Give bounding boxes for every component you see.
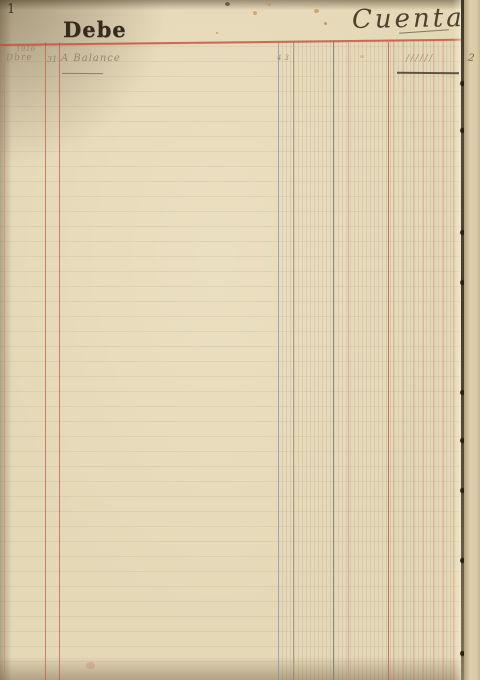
ruled-vertical-line xyxy=(4,42,5,680)
debit-column-title: Debe xyxy=(63,17,127,42)
foxing-spot xyxy=(360,55,364,58)
foxing-spot xyxy=(225,2,230,6)
foxing-spot xyxy=(216,32,218,34)
ruled-vertical-line xyxy=(388,42,389,680)
ruled-vertical-line xyxy=(278,42,279,680)
foxing-spot xyxy=(268,3,271,6)
foxing-spot xyxy=(324,22,327,25)
entry-description: A Balance xyxy=(61,53,121,64)
amount-sum-rule xyxy=(397,72,459,74)
ruled-vertical-line xyxy=(59,42,60,680)
entry-description-underline xyxy=(62,72,103,73)
entry-day: 31 xyxy=(47,55,57,64)
ruled-vertical-line xyxy=(333,42,334,680)
foxing-spot xyxy=(314,9,319,13)
entry-amount-ditto-marks: ////// xyxy=(406,54,434,64)
entry-folio-reference: 43 xyxy=(277,54,292,62)
ledger-page-scan: 1 Debe Cuenta 1916 Dbre 31 A Balance 43 … xyxy=(0,0,480,680)
cents-subcolumn-grid xyxy=(393,40,454,680)
ruled-vertical-line xyxy=(293,42,294,680)
facing-page-sliver xyxy=(464,0,480,680)
amount-column-pinstripes xyxy=(278,40,456,680)
horizontal-rulings xyxy=(0,46,474,675)
ruled-vertical-line xyxy=(348,42,349,680)
entry-month: Dbre xyxy=(6,53,33,64)
ink-smudge xyxy=(86,662,95,669)
foxing-spot xyxy=(253,11,257,15)
ruled-vertical-line xyxy=(45,42,46,680)
page-number: 1 xyxy=(7,2,15,17)
